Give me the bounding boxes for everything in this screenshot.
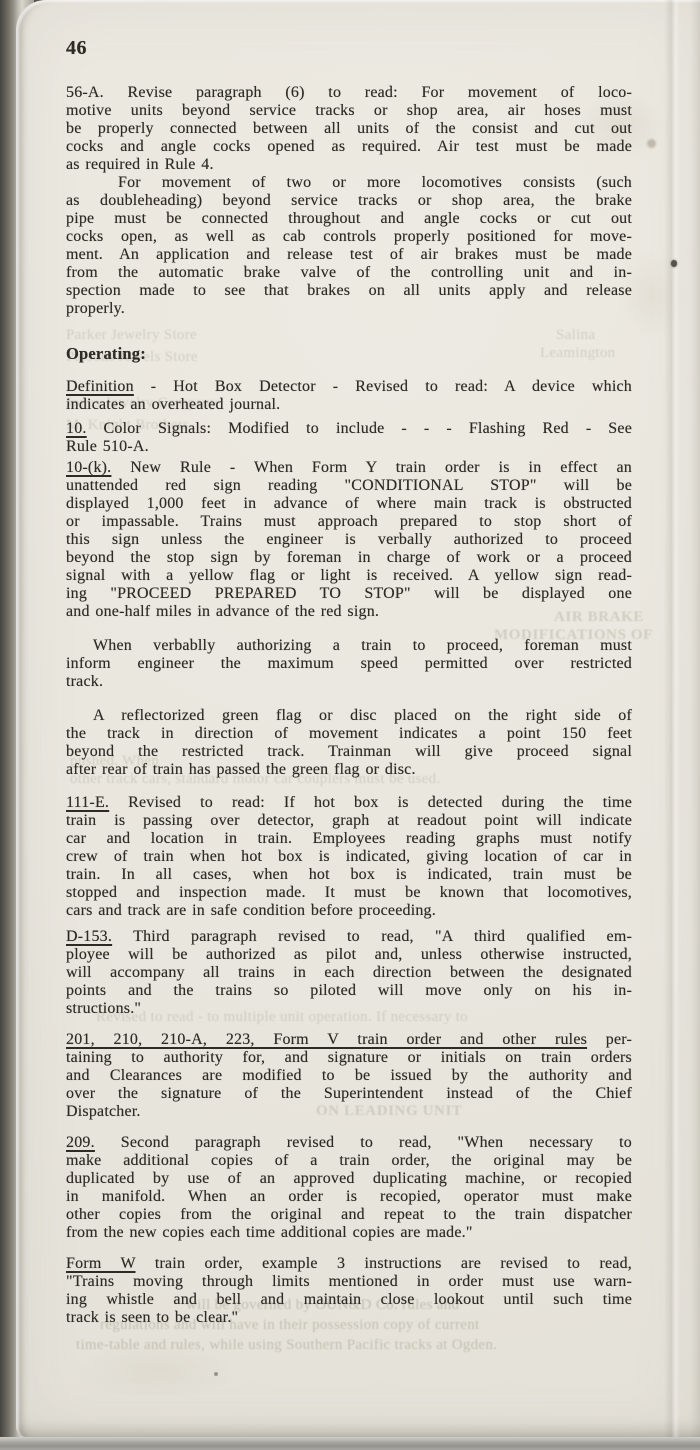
paragraph-verbal-authorization: When verbablly authorizing a train to pr… <box>66 637 632 691</box>
text-line: indicates an overheated journal. <box>66 396 632 414</box>
text-line: inform engineer the maximum speed permit… <box>66 655 632 673</box>
text-line: cocks and angle cocks opened as required… <box>66 138 632 156</box>
paragraph-rules-201-form-v: 201, 210, 210-A, 223, Form V train order… <box>66 1031 632 1121</box>
text-line: Dispatcher. <box>66 1103 632 1121</box>
text-line: unattended red sign reading "CONDITIONAL… <box>66 477 632 495</box>
paragraph-56a-continued: For movement of two or more locomotives … <box>66 174 632 318</box>
text-line: signal with a yellow flag or light is re… <box>66 567 632 585</box>
text-line: spection made to see that brakes on all … <box>66 282 632 300</box>
text-line: from the automatic brake valve of the co… <box>66 264 632 282</box>
paragraph-rule-10-color-signals: 10. Color Signals: Modified to include -… <box>66 420 632 456</box>
text-line: stopped and inspection made. It must be … <box>66 884 632 902</box>
paragraph-rule-10k-conditional-stop: 10-(k). New Rule - When Form Y train ord… <box>66 459 632 621</box>
text-line: and one-half miles in advance of the red… <box>66 603 632 621</box>
text-line: motive units beyond service tracks or sh… <box>66 102 632 120</box>
text-line: pipe must be connected throughout and an… <box>66 210 632 228</box>
text-line: properly. <box>66 300 632 318</box>
section-heading-operating: Operating: <box>66 344 632 364</box>
text-line: ment. An application and release test of… <box>66 246 632 264</box>
text-line: structions." <box>66 1000 632 1018</box>
paper-speck <box>647 139 656 148</box>
text-line: cocks open, as well as cab controls prop… <box>66 228 632 246</box>
text-line: Rule 510-A. <box>66 438 632 456</box>
text-line: will accompany all trains in each direct… <box>66 964 632 982</box>
text-line: ing whistle and bell and maintain close … <box>66 1291 632 1309</box>
paragraph-rule-111e-hot-box: 111-E. Revised to read: If hot box is de… <box>66 794 632 920</box>
text-line: after rear of train has passed the green… <box>66 761 632 779</box>
paragraph-56a: 56-A. Revise paragraph (6) to read: For … <box>66 84 632 174</box>
text-line: this sign unless the engineer is verball… <box>66 531 632 549</box>
text-line: in manifold. When an order is recopied, … <box>66 1188 632 1206</box>
text-line: Form W train order, example 3 instructio… <box>66 1255 632 1273</box>
text-line: and Clearances are modified to be issued… <box>66 1067 632 1085</box>
text-line: A reflectorized green flag or disc place… <box>66 707 632 725</box>
text-line: D-153. Third paragraph revised to read, … <box>66 928 632 946</box>
text-line: ing "PROCEED PREPARED TO STOP" will be d… <box>66 585 632 603</box>
paper-speck <box>671 260 677 267</box>
text-line: ployee will be authorized as pilot and, … <box>66 946 632 964</box>
page: Parker Jewelry Store Parsons Jewels Stor… <box>16 0 700 1437</box>
text-line: track. <box>66 673 632 691</box>
text-line: make additional copies of a train order,… <box>66 1152 632 1170</box>
page-number: 46 <box>66 36 632 60</box>
text-line: train is passing over detector, graph at… <box>66 812 632 830</box>
text-line: over the signature of the Superintendent… <box>66 1085 632 1103</box>
page-content: 46 56-A. Revise paragraph (6) to read: F… <box>66 0 632 1327</box>
text-line: Definition - Hot Box Detector - Revised … <box>66 378 632 396</box>
text-line: 10-(k). New Rule - When Form Y train ord… <box>66 459 632 477</box>
paragraph-reflectorized-green-flag: A reflectorized green flag or disc place… <box>66 707 632 779</box>
scanned-rulebook-page: Parker Jewelry Store Parsons Jewels Stor… <box>0 0 700 1450</box>
text-line: car and location in train. Employees rea… <box>66 830 632 848</box>
text-line: as doubleheading) beyond service tracks … <box>66 192 632 210</box>
text-line: When verbablly authorizing a train to pr… <box>66 637 632 655</box>
bleedthrough-text: time-table and rules, while using Southe… <box>76 1336 497 1354</box>
text-line: displayed 1,000 feet in advance of where… <box>66 495 632 513</box>
text-line: For movement of two or more locomotives … <box>66 174 632 192</box>
text-line: the track in direction of movement indic… <box>66 725 632 743</box>
text-line: track is seen to be clear." <box>66 1309 632 1327</box>
paragraph-rule-209-copies: 209. Second paragraph revised to read, "… <box>66 1134 632 1242</box>
page-bottom-edge <box>0 1437 700 1450</box>
paragraph-definition-hot-box: Definition - Hot Box Detector - Revised … <box>66 378 632 414</box>
text-line: 56-A. Revise paragraph (6) to read: For … <box>66 84 632 102</box>
page-crease <box>664 0 680 1437</box>
text-line: "Trains moving through limits mentioned … <box>66 1273 632 1291</box>
paragraph-rule-d153-pilot: D-153. Third paragraph revised to read, … <box>66 928 632 1018</box>
text-line: 209. Second paragraph revised to read, "… <box>66 1134 632 1152</box>
text-line: crew of train when hot box is indicated,… <box>66 848 632 866</box>
text-line: 10. Color Signals: Modified to include -… <box>66 420 632 438</box>
text-line: 201, 210, 210-A, 223, Form V train order… <box>66 1031 632 1049</box>
text-line: as required in Rule 4. <box>66 156 632 174</box>
text-line: points and the trains so piloted will mo… <box>66 982 632 1000</box>
text-line: 111-E. Revised to read: If hot box is de… <box>66 794 632 812</box>
text-line: cars and track are in safe condition bef… <box>66 902 632 920</box>
page-right-shade <box>690 0 700 1437</box>
paragraph-form-w-train-order: Form W train order, example 3 instructio… <box>66 1255 632 1327</box>
text-line: beyond the restricted track. Trainman wi… <box>66 743 632 761</box>
text-line: or impassable. Trains must approach prep… <box>66 513 632 531</box>
text-line: other copies from the original and repea… <box>66 1206 632 1224</box>
text-line: train. In all cases, when hot box is ind… <box>66 866 632 884</box>
text-line: taining to authority for, and signature … <box>66 1049 632 1067</box>
paper-speck <box>214 1372 218 1376</box>
text-line: beyond the stop sign by foreman in charg… <box>66 549 632 567</box>
text-line: duplicated by use of an approved duplica… <box>66 1170 632 1188</box>
text-line: from the new copies each time additional… <box>66 1224 632 1242</box>
text-line: be properly connected between all units … <box>66 120 632 138</box>
